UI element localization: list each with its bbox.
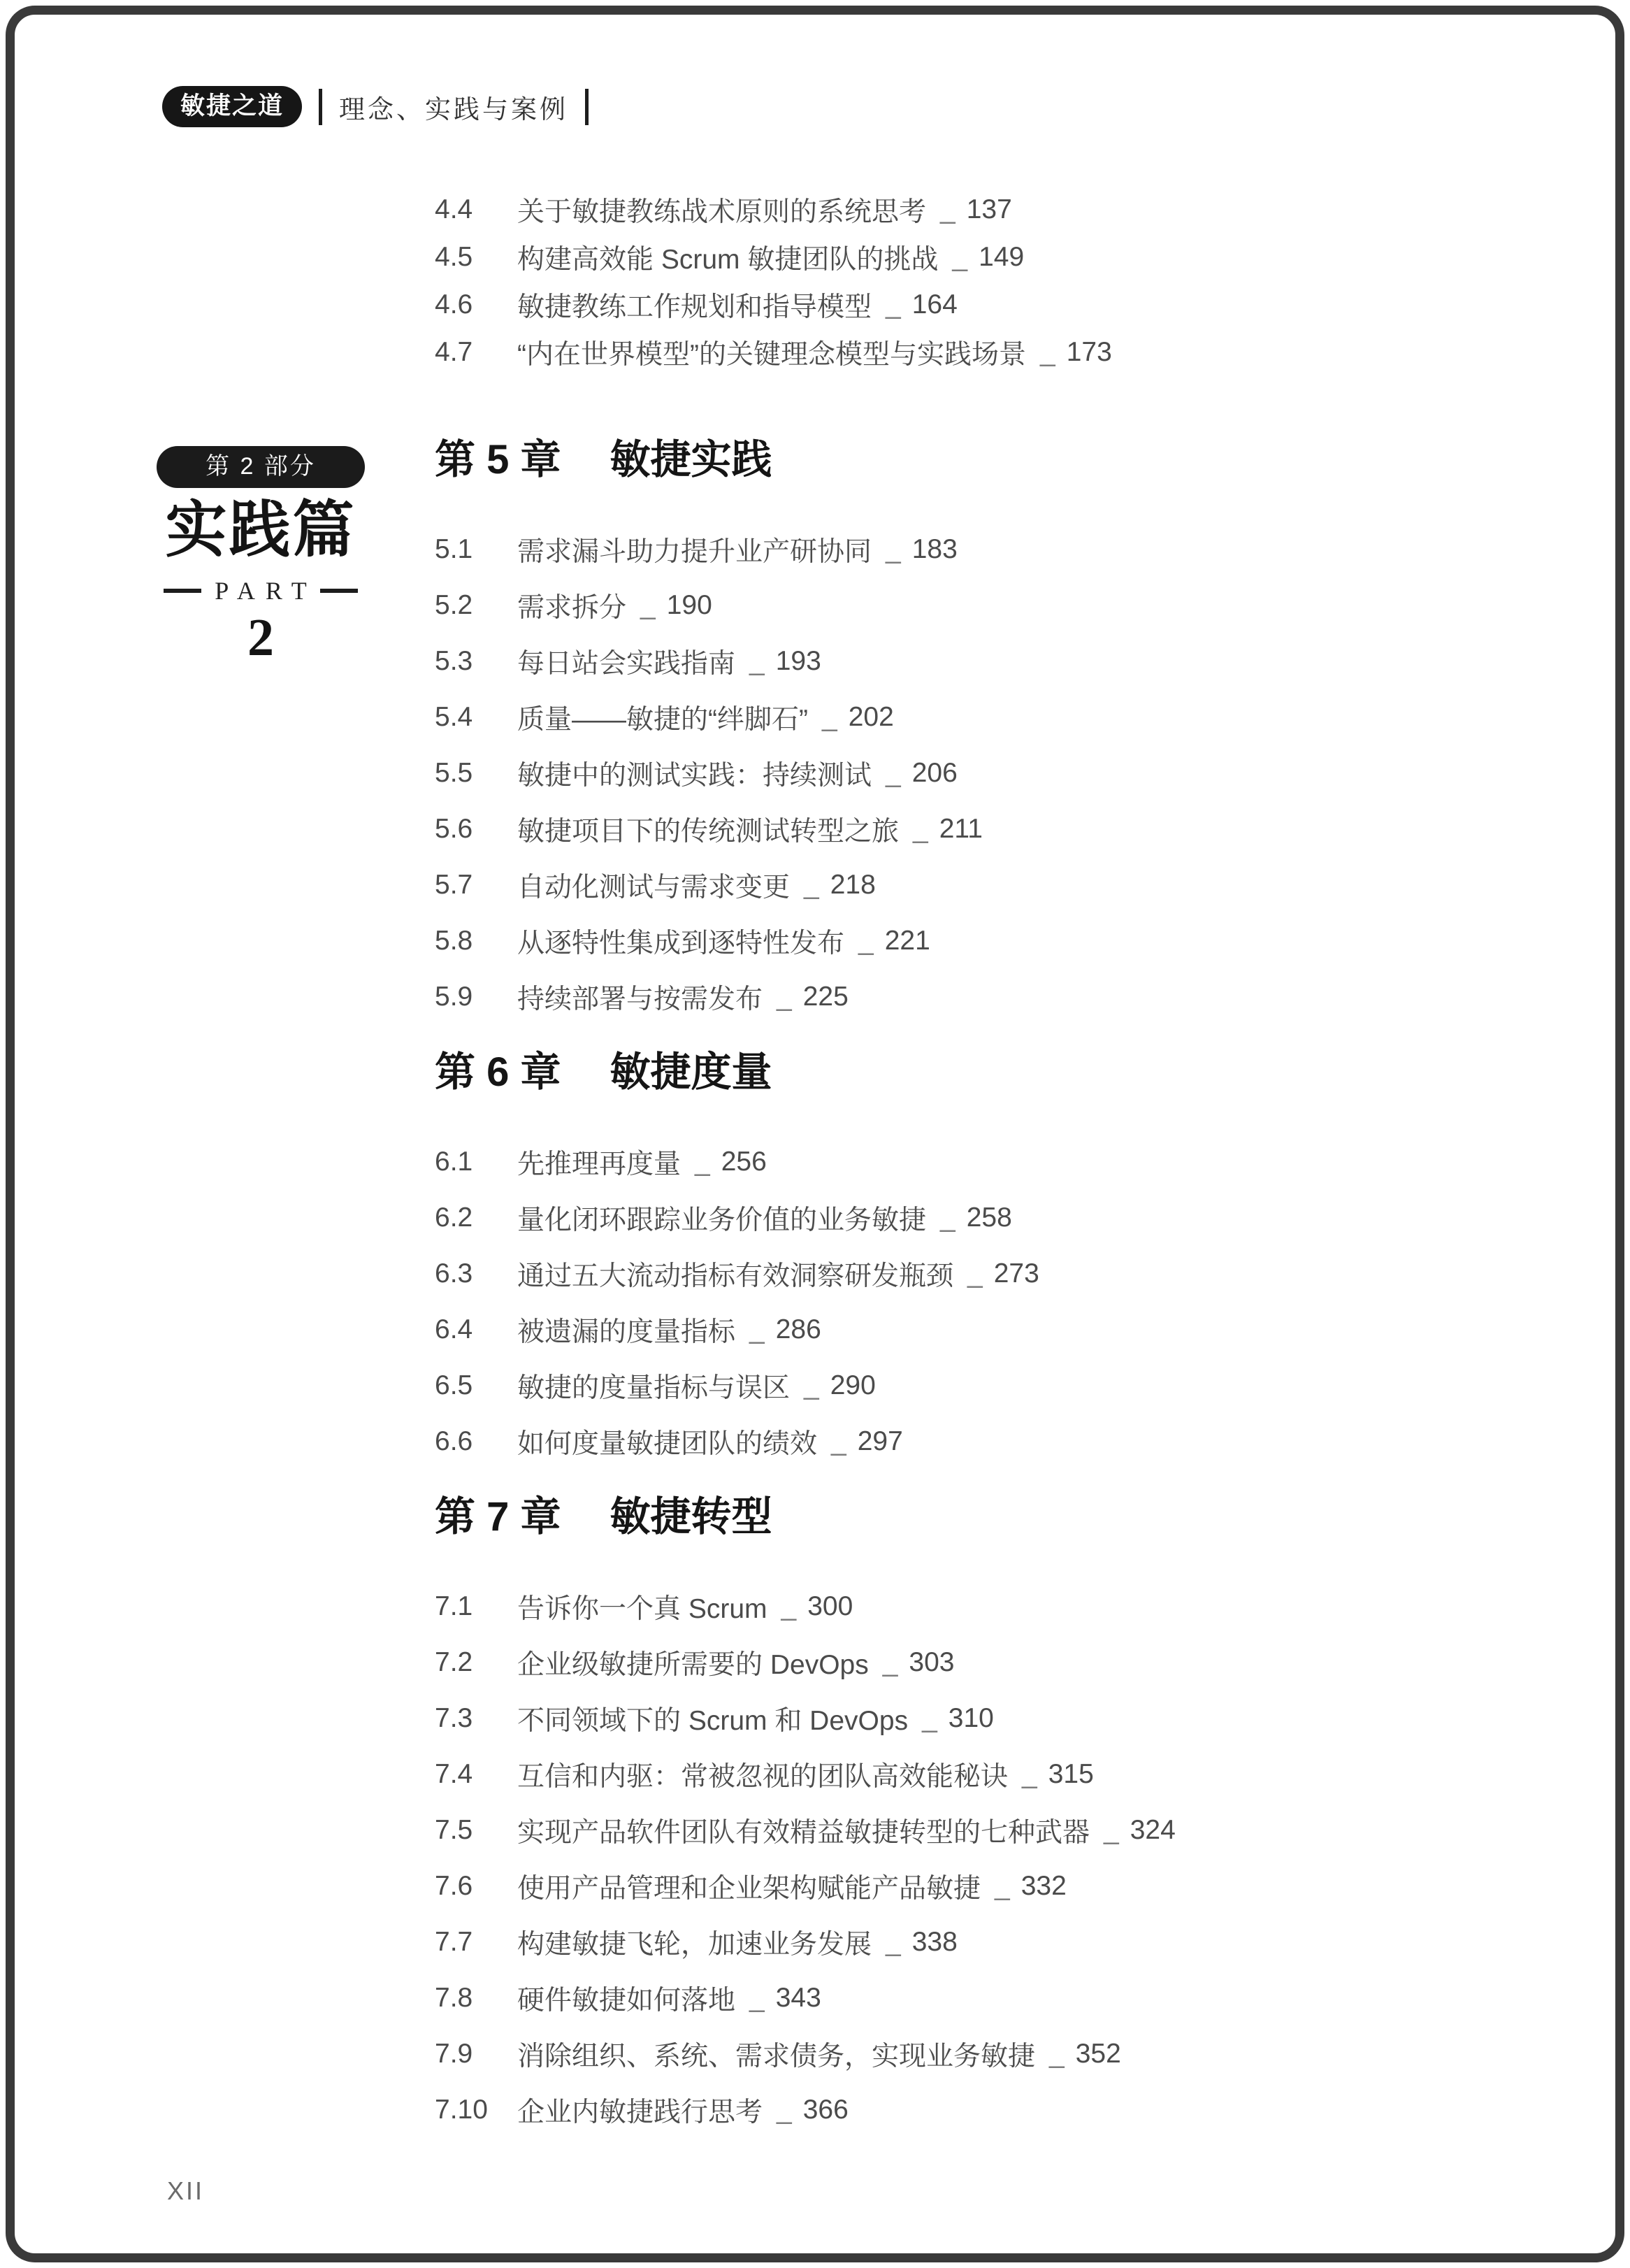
toc-entry: 5.8从逐特性集成到逐特性发布_221 <box>435 913 1525 969</box>
entry-page-number: 149 <box>979 242 1024 273</box>
entry-page-number: 315 <box>1048 1759 1094 1790</box>
entry-page-number: 202 <box>849 702 894 733</box>
header-divider-left <box>319 89 322 125</box>
entry-title: 自动化测试与需求变更 <box>517 866 790 905</box>
entry-separator: _ <box>1049 2039 1065 2069</box>
entry-separator: _ <box>749 1314 765 1345</box>
toc-entry: 5.5敏捷中的测试实践：持续测试_206 <box>435 745 1525 801</box>
entry-title: 被遗漏的度量指标 <box>517 1310 735 1349</box>
entry-title: 需求漏斗助力提升业产研协同 <box>517 530 872 569</box>
entry-title: 企业级敏捷所需要的 DevOps <box>517 1643 869 1682</box>
entry-page-number: 137 <box>967 194 1012 225</box>
toc-entry: 7.10企业内敏捷践行思考_366 <box>435 2082 1525 2138</box>
page-footer: XII <box>167 2176 204 2206</box>
entry-number: 6.5 <box>435 1370 517 1401</box>
entry-number: 5.9 <box>435 982 517 1012</box>
entry-page-number: 290 <box>830 1370 876 1401</box>
entry-number: 7.3 <box>435 1703 517 1734</box>
chapter-title: 敏捷实践 <box>610 438 772 482</box>
entry-separator: _ <box>883 1647 898 1678</box>
dash-icon <box>164 589 201 593</box>
chapter-heading: 第 6 章敏捷度量 <box>435 1050 1525 1095</box>
entry-separator: _ <box>831 1426 846 1457</box>
book-page: 敏捷之道 理念、实践与案例 第 2 部分 实践篇 PART 2 4.4关于敏捷教… <box>6 6 1624 2262</box>
entry-title: 消除组织、系统、需求债务，实现业务敏捷 <box>517 2034 1035 2074</box>
entry-number: 6.2 <box>435 1203 517 1233</box>
entry-page-number: 164 <box>912 289 958 320</box>
toc-entry: 5.3每日站会实践指南_193 <box>435 633 1525 689</box>
toc-entry: 7.3不同领域下的 Scrum 和 DevOps_310 <box>435 1691 1525 1746</box>
entry-page-number: 173 <box>1067 337 1112 368</box>
entry-page-number: 300 <box>807 1591 853 1622</box>
entry-page-number: 303 <box>909 1647 954 1678</box>
entry-number: 6.3 <box>435 1258 517 1289</box>
toc-entry: 4.7“内在世界模型”的关键理念模型与实践场景_173 <box>435 329 1525 376</box>
entry-page-number: 256 <box>721 1147 767 1177</box>
toc-entry: 5.7自动化测试与需求变更_218 <box>435 857 1525 913</box>
entry-title: 持续部署与按需发布 <box>517 977 763 1017</box>
entry-page-number: 218 <box>830 870 876 900</box>
toc-entry: 4.5构建高效能 Scrum 敏捷团队的挑战_149 <box>435 234 1525 281</box>
entry-title: 量化闭环跟踪业务价值的业务敏捷 <box>517 1198 926 1237</box>
toc-entry: 5.2需求拆分_190 <box>435 577 1525 633</box>
entry-title: 互信和内驱：常被忽视的团队高效能秘诀 <box>517 1755 1008 1794</box>
entry-number: 5.7 <box>435 870 517 900</box>
entry-number: 5.2 <box>435 590 517 621</box>
table-of-contents: 4.4关于敏捷教练战术原则的系统思考_1374.5构建高效能 Scrum 敏捷团… <box>435 186 1525 2138</box>
toc-entry: 7.1告诉你一个真 Scrum_300 <box>435 1579 1525 1635</box>
entry-number: 7.4 <box>435 1759 517 1790</box>
entry-page-number: 343 <box>776 1983 821 2014</box>
entry-page-number: 193 <box>776 646 821 677</box>
entry-number: 5.6 <box>435 814 517 845</box>
entry-separator: _ <box>967 1258 983 1289</box>
entry-separator: _ <box>1040 337 1055 368</box>
entry-page-number: 352 <box>1076 2039 1121 2069</box>
entry-title: 敏捷的度量指标与误区 <box>517 1366 790 1405</box>
entry-number: 7.5 <box>435 1815 517 1846</box>
part-label-pill: 第 2 部分 <box>157 446 365 488</box>
entry-page-number: 183 <box>912 534 958 565</box>
toc-entry: 6.1先推理再度量_256 <box>435 1134 1525 1190</box>
toc-entry: 4.6敏捷教练工作规划和指导模型_164 <box>435 281 1525 329</box>
entry-separator: _ <box>749 1983 765 2014</box>
entry-separator: _ <box>822 702 837 733</box>
toc-entry: 7.7构建敏捷飞轮，加速业务发展_338 <box>435 1914 1525 1970</box>
entry-separator: _ <box>886 1927 901 1958</box>
entry-page-number: 310 <box>949 1703 994 1734</box>
entry-title: 构建高效能 Scrum 敏捷团队的挑战 <box>517 238 938 277</box>
toc-entry: 7.4互信和内驱：常被忽视的团队高效能秘诀_315 <box>435 1746 1525 1802</box>
chapter-heading: 第 5 章敏捷实践 <box>435 438 1525 482</box>
chapter-number: 第 7 章 <box>435 1495 561 1539</box>
header-subtitle: 理念、实践与案例 <box>339 88 568 126</box>
toc-entry: 6.6如何度量敏捷团队的绩效_297 <box>435 1414 1525 1470</box>
entry-number: 7.1 <box>435 1591 517 1622</box>
entry-title: 通过五大流动指标有效洞察研发瓶颈 <box>517 1254 953 1293</box>
entry-page-number: 297 <box>858 1426 903 1457</box>
entry-number: 5.1 <box>435 534 517 565</box>
entry-title: 关于敏捷教练战术原则的系统思考 <box>517 190 926 229</box>
chapter-heading: 第 7 章敏捷转型 <box>435 1495 1525 1539</box>
toc-entry: 5.4质量——敏捷的“绊脚石”_202 <box>435 689 1525 745</box>
entry-number: 6.1 <box>435 1147 517 1177</box>
entry-separator: _ <box>940 1203 955 1233</box>
entry-number: 7.2 <box>435 1647 517 1678</box>
entry-separator: _ <box>749 646 765 677</box>
entry-page-number: 190 <box>667 590 712 621</box>
entry-title: 先推理再度量 <box>517 1142 681 1182</box>
toc-entry: 6.2量化闭环跟踪业务价值的业务敏捷_258 <box>435 1190 1525 1246</box>
entry-number: 6.4 <box>435 1314 517 1345</box>
toc-entry: 5.1需求漏斗助力提升业产研协同_183 <box>435 522 1525 577</box>
page-number: XII <box>167 2176 204 2205</box>
entry-page-number: 366 <box>803 2095 849 2125</box>
entry-number: 4.6 <box>435 289 517 320</box>
entry-separator: _ <box>1022 1759 1037 1790</box>
header-divider-right <box>585 89 589 125</box>
toc-entry: 6.4被遗漏的度量指标_286 <box>435 1302 1525 1358</box>
entry-page-number: 324 <box>1130 1815 1176 1846</box>
entry-number: 7.7 <box>435 1927 517 1958</box>
entry-number: 5.3 <box>435 646 517 677</box>
toc-entry: 7.5实现产品软件团队有效精益敏捷转型的七种武器_324 <box>435 1802 1525 1858</box>
entry-title: 使用产品管理和企业架构赋能产品敏捷 <box>517 1867 981 1906</box>
chapter-section: 第 6 章敏捷度量6.1先推理再度量_2566.2量化闭环跟踪业务价值的业务敏捷… <box>435 1050 1525 1470</box>
continued-entries: 4.4关于敏捷教练战术原则的系统思考_1374.5构建高效能 Scrum 敏捷团… <box>435 186 1525 376</box>
toc-entry: 7.9消除组织、系统、需求债务，实现业务敏捷_352 <box>435 2026 1525 2082</box>
entry-title: 敏捷中的测试实践：持续测试 <box>517 754 872 793</box>
entry-page-number: 273 <box>994 1258 1039 1289</box>
entry-separator: _ <box>777 982 792 1012</box>
chapter-title: 敏捷转型 <box>610 1495 772 1539</box>
entry-separator: _ <box>886 534 901 565</box>
entry-separator: _ <box>940 194 955 225</box>
entry-number: 7.9 <box>435 2039 517 2069</box>
entry-separator: _ <box>695 1147 710 1177</box>
entry-number: 4.7 <box>435 337 517 368</box>
entry-separator: _ <box>886 289 901 320</box>
entry-page-number: 258 <box>967 1203 1012 1233</box>
entry-title: 如何度量敏捷团队的绩效 <box>517 1422 817 1461</box>
entry-title: 每日站会实践指南 <box>517 642 735 681</box>
entry-number: 5.5 <box>435 758 517 789</box>
entry-title: 构建敏捷飞轮，加速业务发展 <box>517 1923 872 1962</box>
toc-entry: 5.9持续部署与按需发布_225 <box>435 969 1525 1025</box>
series-badge: 敏捷之道 <box>162 86 302 127</box>
entry-title: 从逐特性集成到逐特性发布 <box>517 921 844 961</box>
entry-separator: _ <box>781 1591 797 1622</box>
part-badge: 第 2 部分 实践篇 PART 2 <box>157 446 365 664</box>
toc-entry: 7.2企业级敏捷所需要的 DevOps_303 <box>435 1635 1525 1691</box>
entry-title: 需求拆分 <box>517 586 626 625</box>
entry-separator: _ <box>804 870 819 900</box>
entry-separator: _ <box>886 758 901 789</box>
entry-number: 4.4 <box>435 194 517 225</box>
entry-separator: _ <box>858 926 874 956</box>
entry-title: 实现产品软件团队有效精益敏捷转型的七种武器 <box>517 1811 1090 1850</box>
chapter-number: 第 6 章 <box>435 1050 561 1095</box>
entry-separator: _ <box>804 1370 819 1401</box>
toc-entry: 7.8硬件敏捷如何落地_343 <box>435 1970 1525 2026</box>
chapter-entries: 5.1需求漏斗助力提升业产研协同_1835.2需求拆分_1905.3每日站会实践… <box>435 522 1525 1025</box>
entry-page-number: 211 <box>939 814 983 845</box>
entry-number: 4.5 <box>435 242 517 273</box>
entry-title: 硬件敏捷如何落地 <box>517 1979 735 2018</box>
chapter-section: 第 7 章敏捷转型7.1告诉你一个真 Scrum_3007.2企业级敏捷所需要的… <box>435 1495 1525 2138</box>
dash-icon <box>320 589 358 593</box>
toc-entry: 6.3通过五大流动指标有效洞察研发瓶颈_273 <box>435 1246 1525 1302</box>
entry-title: 告诉你一个真 Scrum <box>517 1587 767 1626</box>
entry-separator: _ <box>777 2095 792 2125</box>
chapter-title: 敏捷度量 <box>610 1050 772 1095</box>
entry-page-number: 332 <box>1021 1871 1067 1902</box>
entry-number: 7.6 <box>435 1871 517 1902</box>
toc-entry: 5.6敏捷项目下的传统测试转型之旅_211 <box>435 801 1525 857</box>
page-header: 敏捷之道 理念、实践与案例 <box>162 86 589 127</box>
entry-separator: _ <box>1104 1815 1119 1846</box>
entry-title: 质量——敏捷的“绊脚石” <box>517 698 808 737</box>
entry-number: 5.4 <box>435 702 517 733</box>
entry-number: 7.8 <box>435 1983 517 2014</box>
part-title: 实践篇 <box>157 499 365 561</box>
entry-separator: _ <box>913 814 928 845</box>
chapter-number: 第 5 章 <box>435 438 561 482</box>
entry-title: 企业内敏捷践行思考 <box>517 2090 763 2130</box>
part-number: 2 <box>157 611 365 664</box>
entry-separator: _ <box>922 1703 937 1734</box>
chapter-section: 第 5 章敏捷实践5.1需求漏斗助力提升业产研协同_1835.2需求拆分_190… <box>435 438 1525 1025</box>
entry-separator: _ <box>995 1871 1010 1902</box>
entry-title: 敏捷教练工作规划和指导模型 <box>517 285 872 324</box>
entry-title: 敏捷项目下的传统测试转型之旅 <box>517 810 899 849</box>
part-word: PART <box>215 576 317 605</box>
entry-number: 7.10 <box>435 2095 517 2125</box>
entry-separator: _ <box>952 242 967 273</box>
entry-page-number: 286 <box>776 1314 821 1345</box>
chapter-entries: 6.1先推理再度量_2566.2量化闭环跟踪业务价值的业务敏捷_2586.3通过… <box>435 1134 1525 1470</box>
part-word-row: PART <box>157 576 365 605</box>
entry-number: 5.8 <box>435 926 517 956</box>
entry-page-number: 338 <box>912 1927 958 1958</box>
entry-page-number: 221 <box>885 926 930 956</box>
entry-number: 6.6 <box>435 1426 517 1457</box>
entry-page-number: 206 <box>912 758 958 789</box>
chapter-entries: 7.1告诉你一个真 Scrum_3007.2企业级敏捷所需要的 DevOps_3… <box>435 1579 1525 2138</box>
toc-entry: 4.4关于敏捷教练战术原则的系统思考_137 <box>435 186 1525 234</box>
entry-title: 不同领域下的 Scrum 和 DevOps <box>517 1699 908 1738</box>
entry-page-number: 225 <box>803 982 849 1012</box>
toc-entry: 6.5敏捷的度量指标与误区_290 <box>435 1358 1525 1414</box>
entry-title: “内在世界模型”的关键理念模型与实践场景 <box>517 333 1026 372</box>
toc-entry: 7.6使用产品管理和企业架构赋能产品敏捷_332 <box>435 1858 1525 1914</box>
entry-separator: _ <box>640 590 656 621</box>
